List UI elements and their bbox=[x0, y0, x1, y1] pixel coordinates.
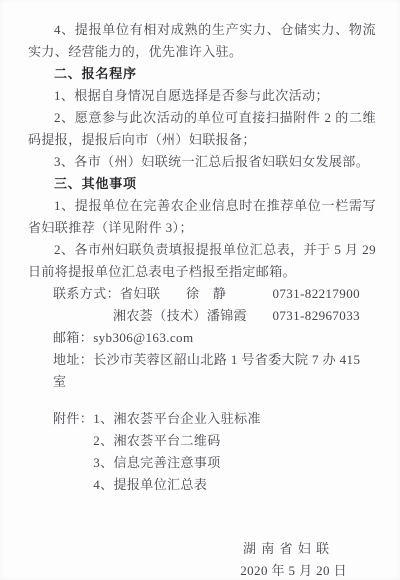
address-line: 地址：长沙市芙蓉区韶山北路 1 号省委大院 7 办 415 室 bbox=[28, 349, 376, 393]
attachments-list: 1、湘农荟平台企业入驻标准 2、湘农荟平台二维码 3、信息完善注意事项 4、提报… bbox=[93, 408, 376, 496]
attachments-block: 附件： 1、湘农荟平台企业入驻标准 2、湘农荟平台二维码 3、信息完善注意事项 … bbox=[28, 408, 376, 496]
attachment-item: 3、信息完善注意事项 bbox=[93, 452, 376, 474]
contact-person: 徐 静 bbox=[186, 283, 226, 305]
body-paragraph: 4、提报单位有相对成熟的生产实力、仓储实力、物流实力、经营能力的，优先准许入驻。 bbox=[28, 19, 376, 63]
email-address: syb306@163.com bbox=[93, 330, 193, 345]
body-paragraph: 1、提报单位在完善农企业信息时在推荐单位一栏需写省妇联推荐（详见附件 3）； bbox=[28, 195, 376, 239]
contact-person: 潘锦霞 bbox=[207, 305, 247, 327]
section-heading: 三、其他事项 bbox=[28, 173, 376, 195]
body-paragraph: 2、各市州妇联负责填报提报单位汇总表，并于 5 月 29 日前将提报单位汇总表电… bbox=[28, 239, 376, 283]
attachments-label: 附件： bbox=[53, 408, 93, 430]
document-page: 4、提报单位有相对成熟的生产实力、仓储实力、物流实力、经营能力的，优先准许入驻。… bbox=[0, 0, 400, 580]
body-paragraph: 1、根据自身情况自愿选择是否参与此次活动； bbox=[28, 85, 376, 107]
signature-block: 湖 南 省 妇 联 2020 年 5 月 20 日 bbox=[28, 538, 376, 580]
contact-phone: 0731-82217900 bbox=[272, 283, 360, 305]
email-label: 邮箱： bbox=[53, 330, 93, 345]
attachment-item: 2、湘农荟平台二维码 bbox=[93, 430, 376, 452]
signature-org: 湖 南 省 妇 联 bbox=[28, 538, 376, 560]
body-paragraph: 2、愿意参与此次活动的单位可直接扫描附件 2 的二维码提报，提报后向市（州）妇联… bbox=[28, 107, 376, 151]
body-paragraph: 3、各市（州）妇联统一汇总后报省妇联妇女发展部。 bbox=[28, 151, 376, 173]
email-line: 邮箱：syb306@163.com bbox=[28, 327, 376, 349]
contact-line: 联系方式： 省妇联 徐 静 0731-82217900 bbox=[28, 283, 376, 305]
contact-org: 省妇联 bbox=[120, 283, 186, 305]
contact-org: 湘农荟（技术） bbox=[113, 305, 207, 327]
contact-label: 联系方式： bbox=[53, 283, 120, 305]
section-heading: 二、报名程序 bbox=[28, 63, 376, 85]
attachment-item: 4、提报单位汇总表 bbox=[93, 474, 376, 496]
signature-date: 2020 年 5 月 20 日 bbox=[28, 560, 376, 580]
address-label: 地址： bbox=[53, 352, 93, 367]
contact-line: 湘农荟（技术） 潘锦霞 0731-82967033 bbox=[28, 305, 376, 327]
address-text: 长沙市芙蓉区韶山北路 1 号省委大院 7 办 415 室 bbox=[53, 352, 360, 389]
contact-phone: 0731-82967033 bbox=[272, 305, 360, 327]
attachment-item: 1、湘农荟平台企业入驻标准 bbox=[93, 408, 376, 430]
